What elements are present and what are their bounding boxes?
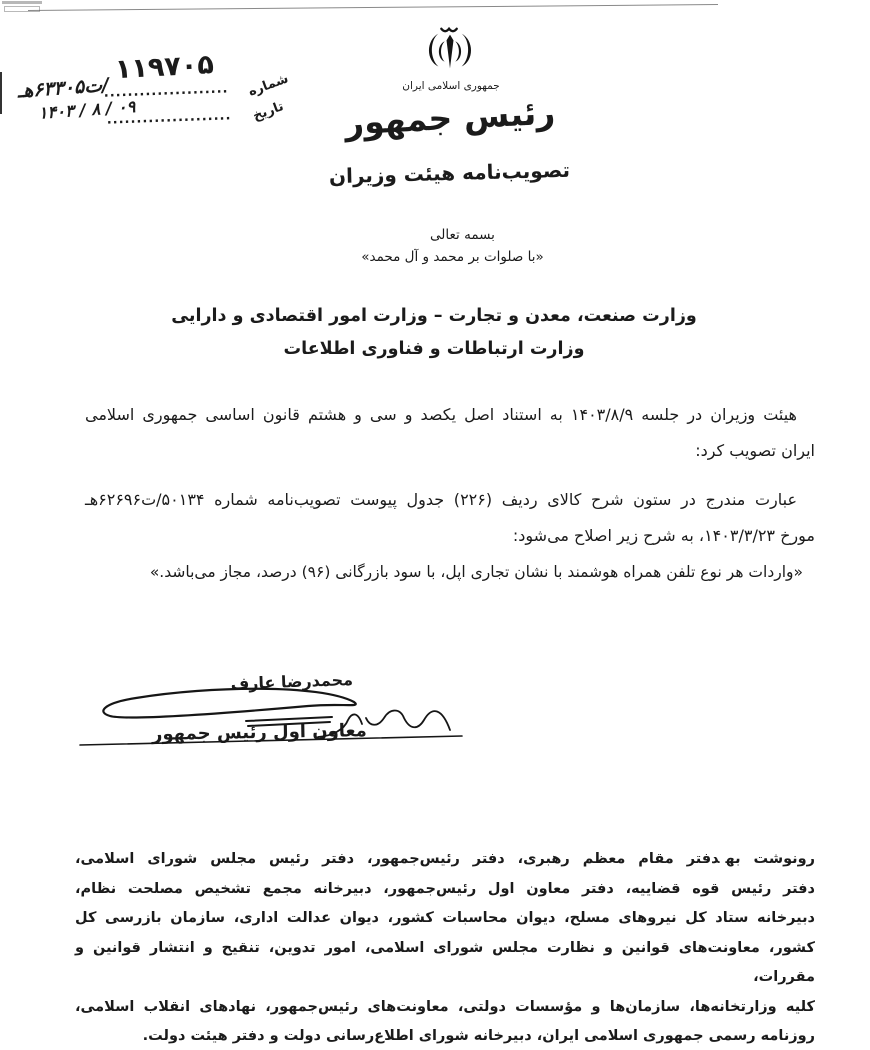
addressee-ministries: وزارت صنعت، معدن و تجارت – وزارت امور اق… — [54, 300, 814, 366]
date-label: تاریخ — [251, 99, 286, 124]
scan-artifact-line — [28, 4, 718, 11]
cc-line-6: روزنامه رسمی جمهوری اسلامی ایران، دبیرخا… — [75, 1022, 815, 1050]
cc-distribution-list: رونوشت بهدفتر مقام معظم رهبری، دفتر رئیس… — [75, 845, 815, 1050]
cc-line-1-text: دفتر مقام معظم رهبری، دفتر رئیس‌جمهور، د… — [75, 851, 720, 867]
scan-artifact-edge — [0, 72, 2, 114]
cc-line-1: رونوشت بهدفتر مقام معظم رهبری، دفتر رئیس… — [75, 845, 815, 875]
addressee-line-2: وزارت ارتباطات و فناوری اطلاعات — [54, 333, 814, 366]
signer-title: معاون اول رئیس جمهور — [152, 720, 367, 745]
body-paragraph1-line2: ایران تصویب کرد: — [85, 433, 815, 469]
registration-stamp: ۱۱۹۷۰۵ شماره ..................... /ت۶۳۳… — [16, 43, 291, 152]
resolution-body: هیئت وزیران در جلسه ۱۴۰۳/۸/۹ به استناد ا… — [85, 397, 815, 590]
document-page: ۱۱۹۷۰۵ شماره ..................... /ت۶۳۳… — [0, 0, 870, 1050]
signature-flourish — [70, 646, 470, 761]
body-paragraph2-line2: مورخ ۱۴۰۳/۳/۲۳، به شرح زیر اصلاح می‌شود: — [85, 518, 815, 554]
signer-name: محمدرضا عارف — [238, 670, 354, 693]
registration-serial-number: ۱۱۹۷۰۵ — [114, 49, 214, 85]
cc-line-4: کشور، معاونت‌های قوانین و نظارت مجلس شور… — [75, 934, 815, 993]
salawat-text: «با صلوات بر محمد و آل محمد» — [310, 249, 595, 265]
number-label: شماره — [246, 71, 290, 99]
cc-lead-label: رونوشت به — [726, 851, 815, 867]
body-quoted-clause: «واردات هر نوع تلفن همراه هوشمند با نشان… — [85, 554, 815, 590]
body-paragraph1-line1: هیئت وزیران در جلسه ۱۴۰۳/۸/۹ به استناد ا… — [85, 397, 815, 433]
body-paragraph2-line1: عبارت مندرج در ستون شرح کالای ردیف (۲۲۶)… — [85, 482, 815, 518]
basmala-text: بسمه تعالی — [380, 227, 545, 243]
document-type-title: تصویب‌نامه هیئت وزیران — [317, 158, 583, 189]
office-title: رئیس جمهور — [329, 92, 571, 144]
iran-emblem-icon — [421, 20, 479, 82]
addressee-line-1: وزارت صنعت، معدن و تجارت – وزارت امور اق… — [54, 300, 814, 333]
cc-line-3: دبیرخانه ستاد کل نیروهای مسلح، دیوان محا… — [75, 904, 815, 934]
cc-line-2: دفتر رئیس قوه قضاییه، دفتر معاون اول رئی… — [75, 875, 815, 905]
number-handwritten-suffix: /ت۶۳۳۰۵هـ — [17, 74, 110, 102]
country-name: جمهوری اسلامی ایران — [383, 80, 519, 92]
cc-line-5: کلیه وزارتخانه‌ها، سازمان‌ها و مؤسسات دو… — [75, 993, 815, 1023]
